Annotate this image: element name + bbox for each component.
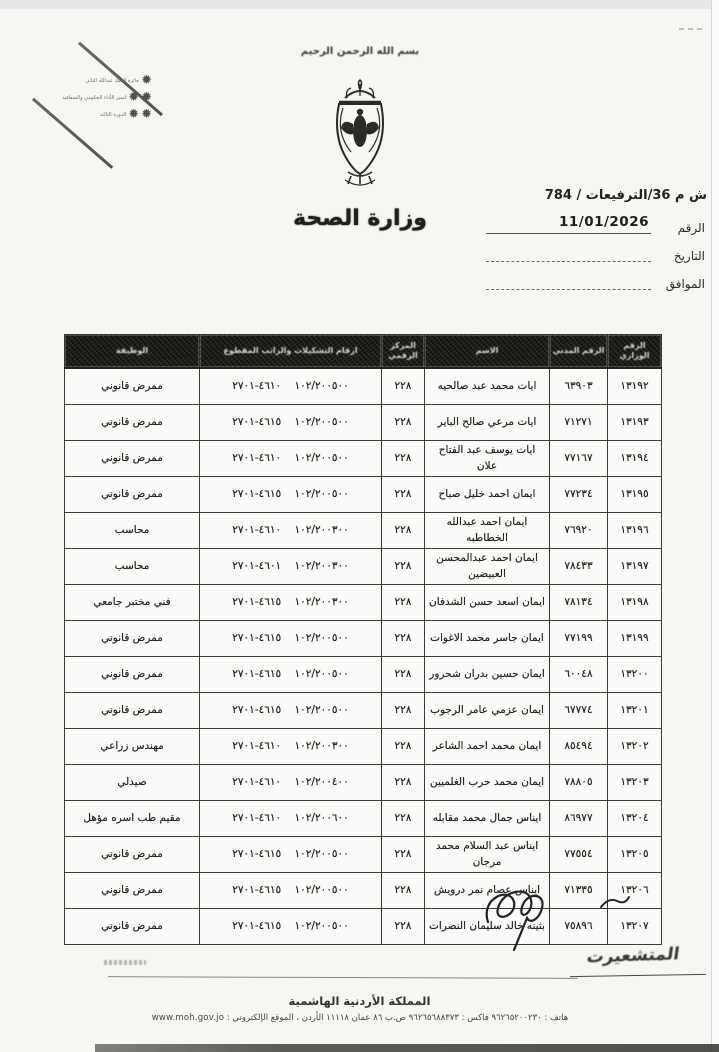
star-icon: ✹ — [128, 108, 139, 121]
number-label: الرقم — [678, 221, 705, 235]
cell-name: ايناس عبد السلام محمد مرجان — [425, 837, 550, 873]
cell-formation: ١٠٢/٢٠٠٥٠٠ ٤٦١٥-٢٧٠١ — [200, 621, 382, 657]
number-value: 11/01/2026 — [559, 214, 649, 230]
cell-center: ٢٢٨ — [382, 909, 425, 945]
table-row: ١٣١٩٧٧٨٤٣٣ايمان احمد عبدالمحسن العبيضين٢… — [65, 549, 662, 585]
table-row: ١٣١٩٦٧٦٩٢٠ايمان احمد عبدالله الخطاطبه٢٢٨… — [65, 513, 662, 549]
column-header-2: الاسم — [425, 335, 550, 369]
footer-kingdom-title: المملكة الأردنية الهاشمية — [0, 994, 719, 1008]
cell-ministerial: ١٣٢٠٣ — [608, 765, 662, 801]
scan-artifact-dash — [679, 28, 705, 30]
cell-formation: ١٠٢/٢٠٠٥٠٠ ٤٦١٥-٢٧٠١ — [200, 657, 382, 693]
stamp-text-line3: الدورة الثالثة — [100, 112, 126, 118]
promotions-table: الرقم الوزاريالرقم المدنيالاسمالمركز الر… — [64, 334, 662, 945]
star-icon: ✹ — [128, 91, 139, 104]
cell-civil: ٦٣٩٠٣ — [550, 368, 608, 405]
column-header-1: الرقم المدني — [550, 335, 608, 369]
cell-name: ايات يوسف عبد الفتاح علان — [425, 441, 550, 477]
star-icon: ✹ — [141, 91, 152, 104]
cell-civil: ٦٠٠٤٨ — [550, 657, 608, 693]
cell-civil: ٨٦٩٧٧ — [550, 801, 608, 837]
table-row: ١٣١٩٢٦٣٩٠٣ايات محمد عبد صالحيه٢٢٨١٠٢/٢٠٠… — [65, 368, 662, 405]
table-row: ١٣٢٠٤٨٦٩٧٧ايناس جمال محمد مقابله٢٢٨١٠٢/٢… — [65, 801, 662, 837]
cell-name: ايمان محمد حرب الغلميين — [425, 765, 550, 801]
reference-subject-line: ش م 36/الترفيعات / 784 — [387, 188, 707, 203]
scan-edge-right — [711, 0, 719, 1052]
cell-civil: ٧٨١٣٤ — [550, 585, 608, 621]
scanned-document-page: ✹ جائزة الملك عبدالله الثاني ✹ ✹ لتميز ا… — [0, 0, 719, 1052]
cell-civil: ٧٧١٩٩ — [550, 621, 608, 657]
cell-job: ممرض قانوني — [65, 477, 200, 513]
cell-job: مقيم طب اسره مؤهل — [65, 801, 200, 837]
column-header-5: الوظيفة — [65, 335, 200, 369]
cell-center: ٢٢٨ — [382, 477, 425, 513]
cell-job: ممرض قانوني — [65, 909, 200, 945]
date-rule — [486, 261, 651, 262]
cell-job: محاسب — [65, 549, 200, 585]
cell-civil: ٧٨٨٠٥ — [550, 765, 608, 801]
cell-formation: ١٠٢/٢٠٠٥٠٠ ٤٦١٥-٢٧٠١ — [200, 873, 382, 909]
reference-block: ش م 36/الترفيعات / 784 الرقم 11/01/2026 … — [387, 188, 707, 295]
cell-formation: ١٠٢/٢٠٠٦٠٠ ٤٦١٠-٢٧٠١ — [200, 801, 382, 837]
cell-center: ٢٢٨ — [382, 513, 425, 549]
scan-edge-top — [0, 0, 719, 9]
cell-civil: ٧٧١٦٧ — [550, 441, 608, 477]
cell-job: ممرض قانوني — [65, 441, 200, 477]
date-label: التاريخ — [674, 249, 705, 263]
table-row: ١٣٢٠٣٧٨٨٠٥ايمان محمد حرب الغلميين٢٢٨١٠٢/… — [65, 765, 662, 801]
cell-center: ٢٢٨ — [382, 837, 425, 873]
table-row: ١٣٢٠٠٦٠٠٤٨ايمان حسين بدران شحرور٢٢٨١٠٢/٢… — [65, 657, 662, 693]
scan-edge-bottom — [95, 1044, 719, 1052]
star-icon: ✹ — [141, 74, 152, 87]
cell-ministerial: ١٣١٩٦ — [608, 513, 662, 549]
number-rule — [486, 233, 651, 234]
cell-name: ايمان اسعد حسن الشدفان — [425, 585, 550, 621]
table-header-row: الرقم الوزاريالرقم المدنيالاسمالمركز الر… — [65, 335, 662, 369]
column-header-0: الرقم الوزاري — [608, 335, 662, 369]
separator-line — [108, 976, 578, 979]
table-row: ١٣٢٠٢٨٥٤٩٤ايمان محمد احمد الشاعر٢٢٨١٠٢/٢… — [65, 729, 662, 765]
cell-ministerial: ١٣٢٠٥ — [608, 837, 662, 873]
cell-ministerial: ١٣٢٠١ — [608, 693, 662, 729]
cell-civil: ٧٧٥٥٤ — [550, 837, 608, 873]
cell-ministerial: ١٣١٩٨ — [608, 585, 662, 621]
cell-ministerial: ١٣٢٠٠ — [608, 657, 662, 693]
cell-formation: ١٠٢/٢٠٠٥٠٠ ٤٦١٥-٢٧٠١ — [200, 837, 382, 873]
award-stamp: ✹ جائزة الملك عبدالله الثاني ✹ ✹ لتميز ا… — [30, 52, 180, 172]
cell-civil: ٧١٢٧١ — [550, 405, 608, 441]
table-row: ١٣١٩٨٧٨١٣٤ايمان اسعد حسن الشدفان٢٢٨١٠٢/٢… — [65, 585, 662, 621]
column-header-3: المركز الرقمي — [382, 335, 425, 369]
cell-name: ايمان حسين بدران شحرور — [425, 657, 550, 693]
handwritten-signature — [470, 880, 590, 955]
handwritten-mark — [598, 893, 632, 913]
note-underline — [570, 974, 706, 977]
cell-job: ممرض قانوني — [65, 693, 200, 729]
cell-ministerial: ١٣١٩٤ — [608, 441, 662, 477]
cell-formation: ١٠٢/٢٠٠٣٠٠ ٤٦١٥-٢٧٠١ — [200, 585, 382, 621]
cell-name: ايمان احمد خليل صباح — [425, 477, 550, 513]
cell-ministerial: ١٣١٩٥ — [608, 477, 662, 513]
cell-civil: ٨٥٤٩٤ — [550, 729, 608, 765]
cell-name: ايمان عزمي عامر الرجوب — [425, 693, 550, 729]
cell-ministerial: ١٣٢٠٤ — [608, 801, 662, 837]
cell-name: ايمان محمد احمد الشاعر — [425, 729, 550, 765]
corresponding-rule — [486, 289, 651, 290]
cell-job: فني مختبر جامعي — [65, 585, 200, 621]
cell-formation: ١٠٢/٢٠٠٤٠٠ ٤٦١٠-٢٧٠١ — [200, 765, 382, 801]
cell-name: ايناس جمال محمد مقابله — [425, 801, 550, 837]
cell-civil: ٧٦٩٢٠ — [550, 513, 608, 549]
table-row: ١٣١٩٣٧١٢٧١ايات مرعي صالح الباير٢٢٨١٠٢/٢٠… — [65, 405, 662, 441]
footer-contact-line: هاتف : ٩٦٢٦٥٢٠٠٢٣٠ فاكس : ٩٦٢٦٥٦٨٨٣٧٣ ص.… — [40, 1013, 680, 1023]
cell-civil: ٦٧٧٧٤ — [550, 693, 608, 729]
cell-center: ٢٢٨ — [382, 693, 425, 729]
microtext-smudge — [104, 960, 146, 965]
table-row: ١٣٢٠١٦٧٧٧٤ايمان عزمي عامر الرجوب٢٢٨١٠٢/٢… — [65, 693, 662, 729]
cell-job: ممرض قانوني — [65, 657, 200, 693]
cell-name: ايات محمد عبد صالحيه — [425, 368, 550, 405]
cell-center: ٢٢٨ — [382, 549, 425, 585]
cell-center: ٢٢٨ — [382, 873, 425, 909]
table-row: ١٣١٩٩٧٧١٩٩ايمان جاسر محمد الاغوات٢٢٨١٠٢/… — [65, 621, 662, 657]
cell-center: ٢٢٨ — [382, 441, 425, 477]
column-header-4: ارقام التشكيلات والراتب المقطوع — [200, 335, 382, 369]
cell-job: ممرض قانوني — [65, 621, 200, 657]
cell-formation: ١٠٢/٢٠٠٥٠٠ ٤٦١٥-٢٧٠١ — [200, 477, 382, 513]
cell-job: ممرض قانوني — [65, 368, 200, 405]
cell-job: محاسب — [65, 513, 200, 549]
cell-name: ايمان جاسر محمد الاغوات — [425, 621, 550, 657]
cell-center: ٢٢٨ — [382, 765, 425, 801]
cell-center: ٢٢٨ — [382, 657, 425, 693]
handwritten-note: المتشعيرت — [561, 944, 705, 969]
cell-ministerial: ١٣١٩٢ — [608, 368, 662, 405]
cell-formation: ١٠٢/٢٠٠٥٠٠ ٤٦١٥-٢٧٠١ — [200, 909, 382, 945]
cell-center: ٢٢٨ — [382, 368, 425, 405]
table-row: ١٣٢٠٥٧٧٥٥٤ايناس عبد السلام محمد مرجان٢٢٨… — [65, 837, 662, 873]
cell-center: ٢٢٨ — [382, 729, 425, 765]
cell-ministerial: ١٣٢٠٧ — [608, 909, 662, 945]
cell-civil: ٧٧٢٣٤ — [550, 477, 608, 513]
cell-ministerial: ١٣٢٠٢ — [608, 729, 662, 765]
cell-center: ٢٢٨ — [382, 801, 425, 837]
cell-formation: ١٠٢/٢٠٠٥٠٠ ٤٦١٥-٢٧٠١ — [200, 405, 382, 441]
cell-formation: ١٠٢/٢٠٠٥٠٠ ٤٦١٠-٢٧٠١ — [200, 441, 382, 477]
cell-formation: ١٠٢/٢٠٠٣٠٠ ٤٦٠١-٢٧٠١ — [200, 549, 382, 585]
star-icon: ✹ — [141, 108, 152, 121]
cell-job: مهندس زراعي — [65, 729, 200, 765]
cell-formation: ١٠٢/٢٠٠٣٠٠ ٤٦١٠-٢٧٠١ — [200, 513, 382, 549]
cell-job: ممرض قانوني — [65, 873, 200, 909]
cell-name: ايات مرعي صالح الباير — [425, 405, 550, 441]
cell-civil: ٧٨٤٣٣ — [550, 549, 608, 585]
cell-ministerial: ١٣١٩٣ — [608, 405, 662, 441]
stamp-text-line2: لتميز الأداء الحكومي والشفافية — [62, 95, 126, 101]
cell-name: ايمان احمد عبدالمحسن العبيضين — [425, 549, 550, 585]
cell-formation: ١٠٢/٢٠٠٥٠٠ ٤٦١٠-٢٧٠١ — [200, 368, 382, 405]
table-row: ١٣١٩٥٧٧٢٣٤ايمان احمد خليل صباح٢٢٨١٠٢/٢٠٠… — [65, 477, 662, 513]
jordan-coat-of-arms — [317, 76, 403, 194]
cell-center: ٢٢٨ — [382, 405, 425, 441]
corresponding-label: الموافق — [666, 277, 705, 291]
cell-ministerial: ١٣١٩٩ — [608, 621, 662, 657]
cell-center: ٢٢٨ — [382, 585, 425, 621]
cell-job: ممرض قانوني — [65, 837, 200, 873]
cell-job: صيدلي — [65, 765, 200, 801]
cell-center: ٢٢٨ — [382, 621, 425, 657]
table-row: ١٣١٩٤٧٧١٦٧ايات يوسف عبد الفتاح علان٢٢٨١٠… — [65, 441, 662, 477]
cell-formation: ١٠٢/٢٠٠٣٠٠ ٤٦١٠-٢٧٠١ — [200, 729, 382, 765]
stamp-text-line1: جائزة الملك عبدالله الثاني — [85, 78, 139, 84]
bismillah-calligraphy: بسم الله الرحمن الرحيم — [300, 46, 420, 57]
cell-formation: ١٠٢/٢٠٠٥٠٠ ٤٦١٥-٢٧٠١ — [200, 693, 382, 729]
cell-ministerial: ١٣١٩٧ — [608, 549, 662, 585]
cell-job: ممرض قانوني — [65, 405, 200, 441]
cell-name: ايمان احمد عبدالله الخطاطبه — [425, 513, 550, 549]
